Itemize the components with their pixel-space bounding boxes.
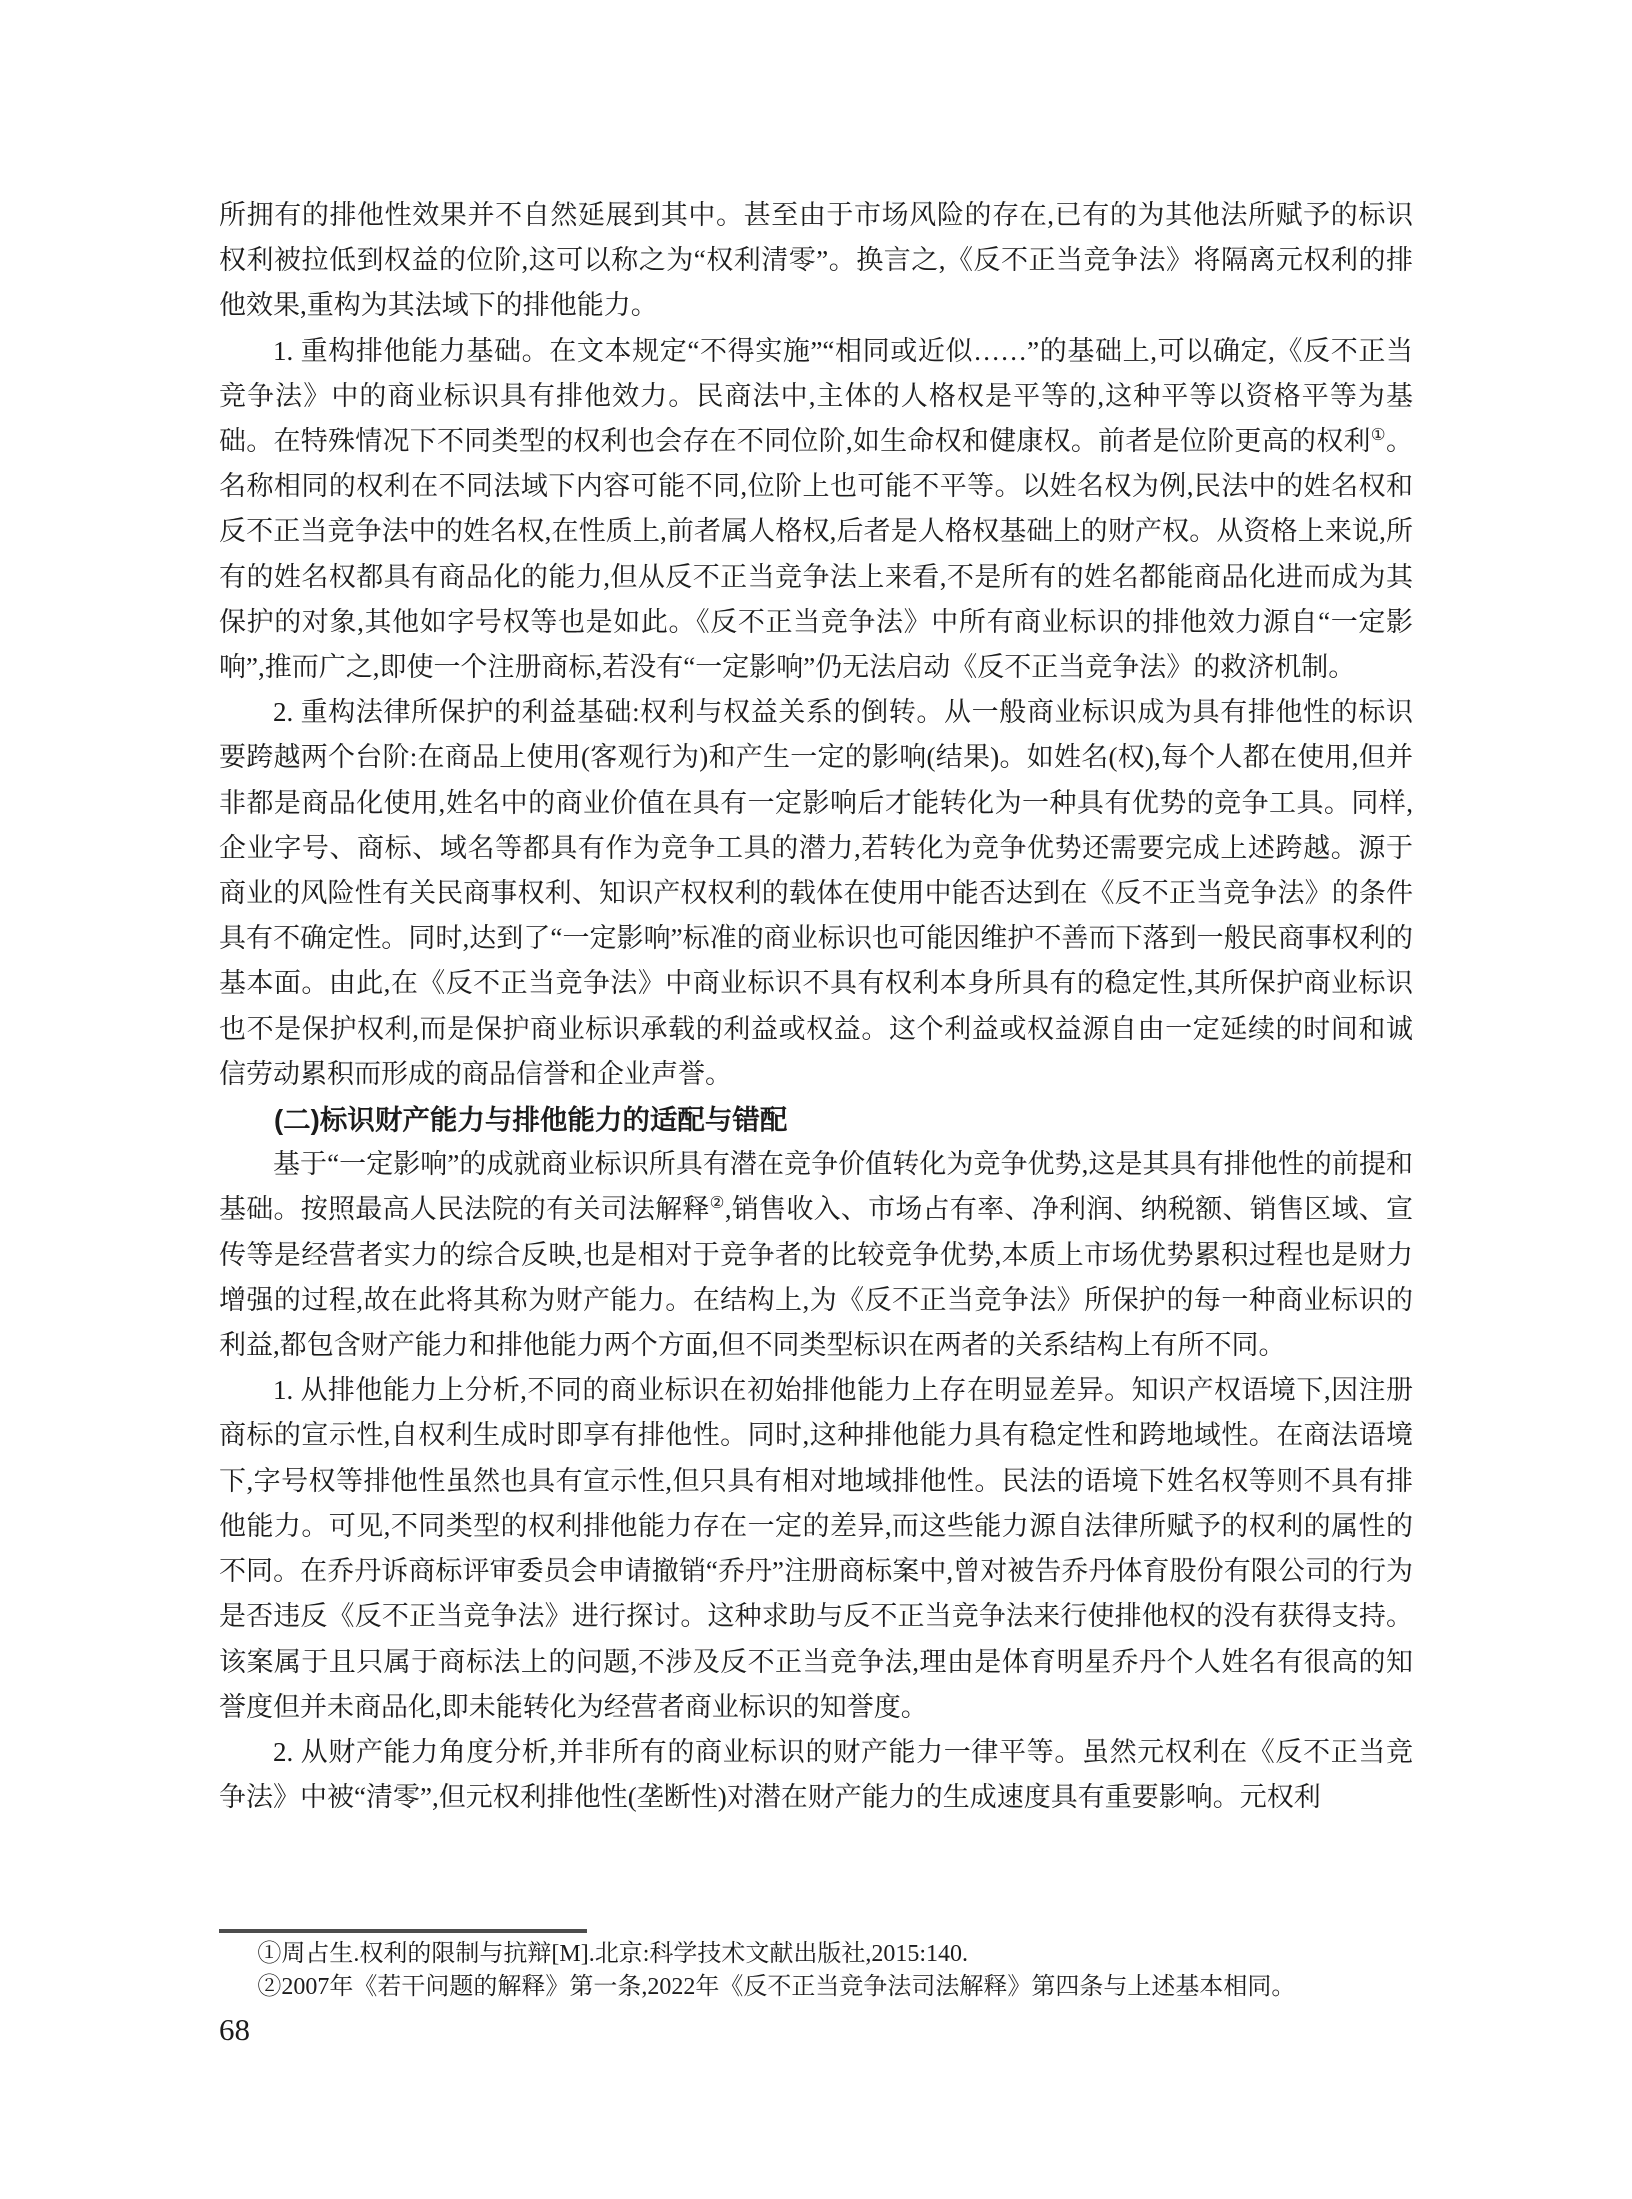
footnote: ②2007年《若干问题的解释》第一条,2022年《反不正当竞争法司法解释》第四条…: [219, 1971, 1413, 2004]
paragraph: 2. 重构法律所保护的利益基础:权利与权益关系的倒转。从一般商业标识成为具有排他…: [219, 690, 1413, 1097]
footnotes: ①周占生.权利的限制与抗辩[M].北京:科学技术文献出版社,2015:140.②…: [219, 1938, 1413, 2003]
paragraph: 1. 重构排他能力基础。在文本规定“不得实施”“相同或近似……”的基础上,可以确…: [219, 329, 1413, 691]
footnote-ref: ②: [710, 1193, 725, 1212]
footnote: ①周占生.权利的限制与抗辩[M].北京:科学技术文献出版社,2015:140.: [219, 1938, 1413, 1971]
page-number: 68: [219, 2012, 250, 2048]
footnote-separator: [219, 1929, 587, 1933]
paragraph: 基于“一定影响”的成就商业标识所具有潜在竞争价值转化为竞争优势,这是其具有排他性…: [219, 1142, 1413, 1368]
footnote-ref: ①: [1371, 425, 1386, 444]
paragraph: 2. 从财产能力角度分析,并非所有的商业标识的财产能力一律平等。虽然元权利在《反…: [219, 1730, 1413, 1820]
paragraph: 所拥有的排他性效果并不自然延展到其中。甚至由于市场风险的存在,已有的为其他法所赋…: [219, 193, 1413, 329]
document-page: 所拥有的排他性效果并不自然延展到其中。甚至由于市场风险的存在,已有的为其他法所赋…: [0, 0, 1632, 2199]
body-text: 所拥有的排他性效果并不自然延展到其中。甚至由于市场风险的存在,已有的为其他法所赋…: [219, 193, 1413, 1820]
paragraph: 1. 从排他能力上分析,不同的商业标识在初始排他能力上存在明显差异。知识产权语境…: [219, 1368, 1413, 1730]
section-heading: (二)标识财产能力与排他能力的适配与错配: [219, 1097, 1413, 1142]
